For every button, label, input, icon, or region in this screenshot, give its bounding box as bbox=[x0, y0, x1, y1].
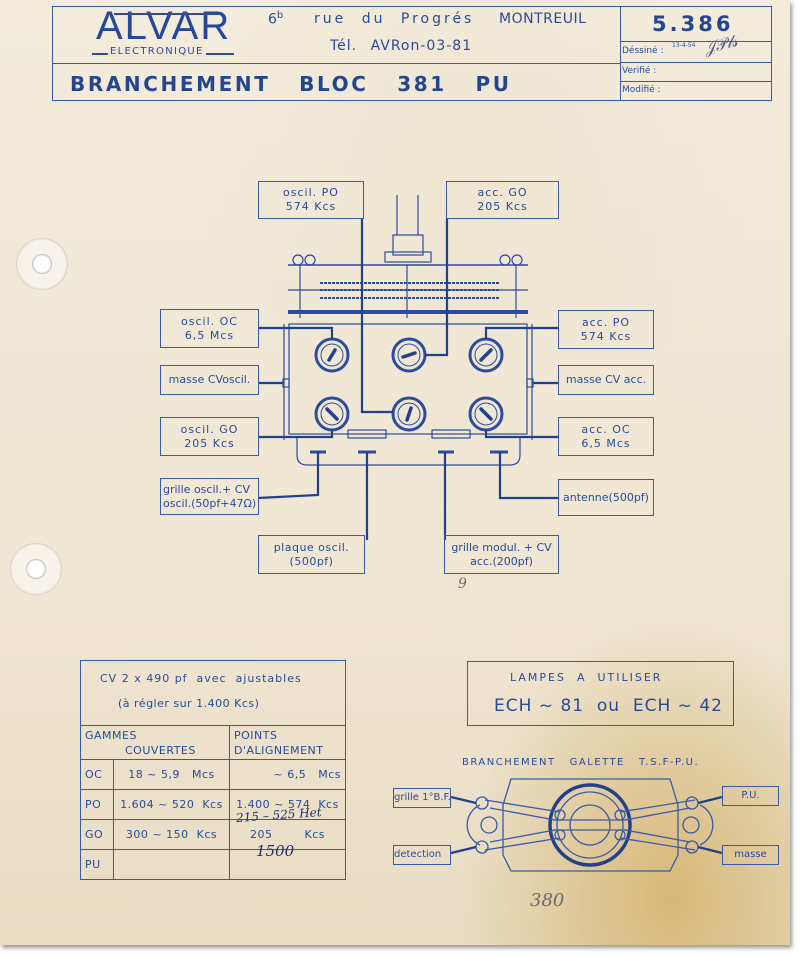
label-line: acc.(200pf) bbox=[470, 555, 533, 569]
label-line: antenne(500pf) bbox=[563, 491, 649, 505]
range-cell: 300 ~ 150 Kcs bbox=[114, 820, 230, 850]
range-cell: 1.604 ~ 520 Kcs bbox=[114, 790, 230, 820]
label-antenne: antenne(500pf) bbox=[558, 479, 654, 516]
trimmer-screws bbox=[316, 339, 502, 430]
label-acc-go: acc. GO 205 Kcs bbox=[446, 181, 559, 219]
label-line: masse CV acc. bbox=[566, 373, 646, 387]
cv-header-box bbox=[80, 660, 346, 726]
band-cell: OC bbox=[81, 760, 114, 790]
label-oscil-po: oscil. PO 574 Kcs bbox=[258, 181, 364, 219]
label-masse-cv-oscil: masse CVoscil. bbox=[160, 365, 259, 395]
label-line: 6,5 Mcs bbox=[185, 329, 234, 343]
band-cell: GO bbox=[81, 820, 114, 850]
header-gammes-couvertes: GAMMES COUVERTES bbox=[81, 726, 230, 760]
label-line: masse bbox=[734, 848, 766, 862]
label-line: 574 Kcs bbox=[581, 330, 631, 344]
label-masse-cv-acc: masse CV acc. bbox=[558, 365, 654, 395]
label-acc-oc: acc. OC 6,5 Mcs bbox=[558, 417, 654, 456]
galette-label-detection: detection bbox=[393, 845, 451, 865]
header-couvertes: COUVERTES bbox=[85, 744, 196, 757]
label-line: 574 Kcs bbox=[286, 200, 336, 214]
label-line: oscil.(50pf+47Ω) bbox=[163, 497, 256, 511]
range-cell: 18 ~ 5,9 Mcs bbox=[114, 760, 230, 790]
cv-title: CV 2 x 490 pf avec ajustables bbox=[100, 672, 302, 685]
blueprint-sheet: ALVAR ELECTRONIQUE 6b rue du Progrés MON… bbox=[0, 0, 790, 945]
galette-label-grille: grille 1°B.F. bbox=[393, 788, 451, 808]
label-plaque-oscil: plaque oscil. (500pf) bbox=[258, 535, 365, 574]
label-line: detection bbox=[394, 848, 441, 862]
label-line: 205 Kcs bbox=[184, 437, 234, 451]
handwritten-note-pu: 1500 bbox=[256, 842, 294, 860]
label-grille-modul: grille modul. + CV acc.(200pf) bbox=[444, 535, 559, 574]
label-line: masse CVoscil. bbox=[169, 373, 251, 387]
band-cell: PO bbox=[81, 790, 114, 820]
table-row: OC 18 ~ 5,9 Mcs ~ 6,5 Mcs bbox=[81, 760, 346, 790]
label-line: grille 1°B.F. bbox=[394, 791, 451, 805]
header-gammes: GAMMES bbox=[85, 729, 137, 742]
table-row: GO 300 ~ 150 Kcs 205 Kcs bbox=[81, 820, 346, 850]
label-grille-oscil: grille oscil.+ CV oscil.(50pf+47Ω) bbox=[160, 478, 259, 515]
galette-title: BRANCHEMENT GALETTE T.S.F-P.U. bbox=[462, 757, 699, 768]
band-cell: PU bbox=[81, 850, 114, 880]
label-line: oscil. OC bbox=[181, 315, 238, 329]
cv-subtitle: (à régler sur 1.400 Kcs) bbox=[118, 697, 259, 710]
label-line: grille modul. + CV bbox=[451, 541, 551, 555]
galette-label-masse: masse bbox=[722, 845, 779, 865]
header-points: POINTS bbox=[234, 729, 277, 742]
label-oscil-oc: oscil. OC 6,5 Mcs bbox=[160, 309, 259, 348]
label-line: oscil. GO bbox=[181, 423, 239, 437]
lampes-value: ECH ~ 81 ou ECH ~ 42 bbox=[494, 696, 723, 716]
label-line: 205 Kcs bbox=[477, 200, 527, 214]
header-alignement: D'ALIGNEMENT bbox=[234, 744, 323, 757]
align-cell: ~ 6,5 Mcs bbox=[230, 760, 346, 790]
pencil-annotation-380: 380 bbox=[530, 890, 564, 911]
header-points-alignement: POINTS D'ALIGNEMENT bbox=[230, 726, 346, 760]
range-cell bbox=[114, 850, 230, 880]
label-line: (500pf) bbox=[290, 555, 334, 569]
label-acc-po: acc. PO 574 Kcs bbox=[558, 310, 654, 349]
label-line: plaque oscil. bbox=[274, 541, 350, 555]
cv-alignment-table: GAMMES COUVERTES POINTS D'ALIGNEMENT OC … bbox=[80, 725, 346, 880]
table-row: PU bbox=[81, 850, 346, 880]
label-line: oscil. PO bbox=[283, 186, 339, 200]
label-line: P.U. bbox=[741, 789, 759, 803]
label-line: acc. OC bbox=[581, 423, 630, 437]
label-line: acc. GO bbox=[477, 186, 527, 200]
galette-label-pu: P.U. bbox=[722, 786, 779, 806]
label-line: acc. PO bbox=[582, 316, 630, 330]
label-line: grille oscil.+ CV bbox=[163, 483, 250, 497]
bloc-drawing-svg bbox=[0, 0, 800, 600]
label-line: 6,5 Mcs bbox=[581, 437, 630, 451]
lampes-title: LAMPES A UTILISER bbox=[510, 671, 662, 684]
label-oscil-go: oscil. GO 205 Kcs bbox=[160, 417, 259, 456]
pencil-annotation-9: 9 bbox=[458, 576, 467, 592]
